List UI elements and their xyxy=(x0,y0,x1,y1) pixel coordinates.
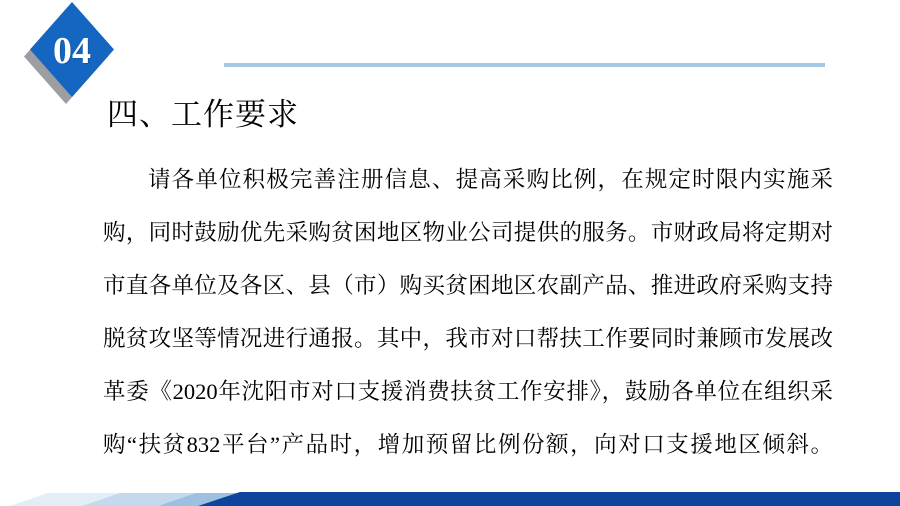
body-line: 脱贫攻坚等情况进行通报。其中，我市对口帮扶工作要同时兼顾市发展改 xyxy=(103,312,833,365)
slide-title: 四、工作要求 xyxy=(107,89,299,134)
body-line: 购，同时鼓励优先采购贫困地区物业公司提供的服务。市财政局将定期对 xyxy=(103,206,833,259)
chapter-badge-diamond: 04 xyxy=(30,2,114,97)
body-line: 市直各单位及各区、县（市）购买贫困地区农副产品、推进政府采购支持 xyxy=(103,259,833,312)
header-divider-line xyxy=(224,63,825,67)
body-paragraph: 请各单位积极完善注册信息、提高采购比例，在规定时限内实施采 购，同时鼓励优先采购… xyxy=(103,153,833,471)
footer-ribbon xyxy=(0,489,900,506)
body-line: 革委《2020年沈阳市对口支援消费扶贫工作安排》，鼓励各单位在组织采 xyxy=(103,365,833,418)
presentation-slide: 04 四、工作要求 请各单位积极完善注册信息、提高采购比例，在规定时限内实施采 … xyxy=(0,0,900,506)
body-line: 购“扶贫832平台”产品时，增加预留比例份额，向对口支援地区倾斜。 xyxy=(103,418,833,471)
chapter-number: 04 xyxy=(53,27,91,73)
body-line: 请各单位积极完善注册信息、提高采购比例，在规定时限内实施采 xyxy=(103,153,833,206)
